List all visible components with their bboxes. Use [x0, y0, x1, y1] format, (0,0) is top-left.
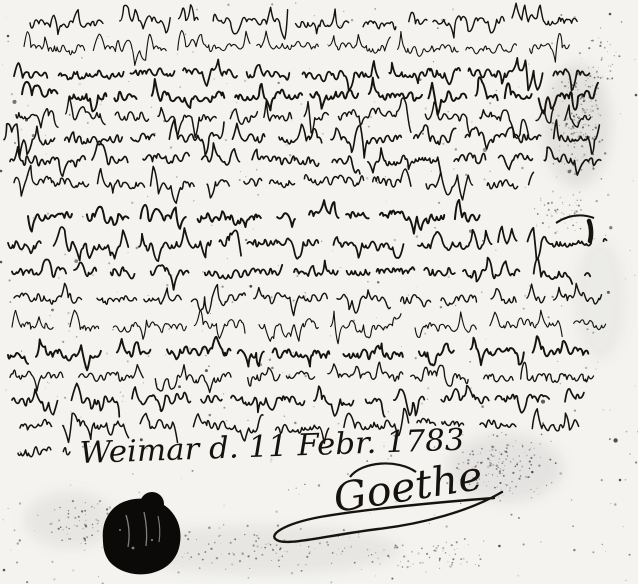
- scan-speck: [98, 576, 99, 577]
- scan-speck: [340, 25, 342, 27]
- scan-speck: [546, 485, 547, 486]
- scan-speck: [374, 101, 375, 102]
- scan-speck: [54, 509, 55, 510]
- scan-speck: [391, 578, 393, 580]
- scan-speck: [466, 561, 467, 562]
- scan-speck: [590, 86, 591, 87]
- scan-speck: [603, 409, 604, 410]
- scan-speck: [284, 551, 285, 552]
- scan-speck: [574, 146, 575, 147]
- scan-speck: [218, 535, 220, 537]
- scan-speck: [64, 253, 66, 255]
- manuscript-scan-image: Weimar d. 11 Febr. 1783 Goethe: [0, 0, 638, 584]
- scan-speck: [310, 551, 311, 552]
- scan-speck: [605, 551, 606, 552]
- scan-speck: [84, 540, 86, 542]
- scan-speck: [237, 291, 238, 292]
- scan-speck: [581, 104, 583, 106]
- scan-speck: [559, 146, 560, 147]
- scan-speck: [280, 547, 282, 549]
- scan-speck: [286, 144, 288, 146]
- scan-speck: [120, 392, 121, 393]
- scan-speck: [129, 183, 130, 184]
- scan-speck: [505, 458, 507, 460]
- scan-speck: [582, 112, 583, 113]
- scan-speck: [226, 83, 227, 84]
- scan-speck: [332, 531, 333, 532]
- scan-speck: [268, 543, 269, 544]
- scan-speck: [247, 420, 249, 422]
- scan-speck: [552, 122, 554, 124]
- scan-speck: [517, 159, 518, 160]
- scan-speck: [455, 305, 457, 307]
- scan-speck: [491, 448, 493, 450]
- scan-speck: [619, 479, 622, 482]
- scan-speck: [575, 230, 576, 231]
- scan-speck: [84, 549, 86, 551]
- scan-speck: [608, 66, 609, 67]
- scan-speck: [595, 94, 596, 95]
- scan-speck: [85, 543, 86, 544]
- scan-speck: [424, 332, 426, 334]
- scan-speck: [566, 170, 567, 171]
- scan-speck: [351, 19, 354, 22]
- scan-speck: [301, 103, 303, 105]
- scan-speck: [488, 481, 489, 482]
- scan-speck: [407, 560, 409, 562]
- scan-speck: [538, 494, 539, 495]
- scan-speck: [109, 506, 111, 508]
- scan-speck: [451, 564, 452, 565]
- scan-speck: [62, 529, 63, 530]
- scan-speck: [92, 274, 94, 276]
- scan-speck: [9, 279, 11, 281]
- scan-speck: [463, 558, 465, 560]
- scan-speck: [445, 525, 447, 527]
- scan-speck: [99, 500, 101, 502]
- scan-speck: [421, 402, 423, 404]
- scan-speck: [601, 59, 603, 61]
- scan-speck: [188, 531, 190, 533]
- scan-speck: [240, 171, 241, 172]
- scan-speck: [429, 557, 430, 558]
- scan-speck: [623, 526, 624, 527]
- scan-speck: [426, 553, 428, 555]
- scan-speck: [559, 150, 560, 151]
- scan-speck: [559, 197, 561, 199]
- scan-speck: [605, 235, 606, 236]
- scan-speck: [53, 578, 55, 580]
- scan-speck: [442, 547, 444, 549]
- scan-speck: [58, 277, 60, 279]
- scan-speck: [439, 568, 440, 569]
- scan-speck: [106, 508, 108, 510]
- scan-speck: [3, 569, 6, 572]
- scan-speck: [570, 128, 572, 130]
- scan-speck: [186, 535, 187, 536]
- scan-speck: [571, 112, 573, 114]
- scan-speck: [598, 67, 599, 68]
- scan-speck: [530, 464, 532, 466]
- scan-speck: [377, 182, 379, 184]
- scan-speck: [481, 291, 483, 293]
- scan-speck: [555, 210, 557, 212]
- scan-speck: [542, 222, 544, 224]
- scan-speck: [539, 443, 541, 445]
- scan-speck: [85, 520, 87, 522]
- scan-speck: [563, 213, 565, 215]
- scan-speck: [327, 44, 328, 45]
- scan-speck: [583, 154, 584, 155]
- scan-speck: [288, 489, 289, 490]
- scan-speck: [83, 528, 84, 529]
- scan-speck: [595, 100, 597, 102]
- scan-speck: [97, 530, 99, 532]
- scan-speck: [202, 271, 204, 273]
- scan-speck: [499, 452, 500, 453]
- scan-speck: [468, 544, 469, 545]
- scan-speck: [208, 365, 210, 367]
- scan-speck: [76, 525, 78, 527]
- scan-speck: [112, 329, 113, 330]
- scan-speck: [525, 187, 526, 188]
- scan-speck: [84, 510, 86, 512]
- scan-speck: [230, 542, 232, 544]
- scan-speck: [601, 57, 603, 59]
- scan-speck: [232, 301, 234, 303]
- scan-speck: [377, 558, 379, 560]
- scan-speck: [610, 409, 611, 410]
- scan-speck: [108, 262, 110, 264]
- scan-speck: [497, 436, 498, 437]
- scan-speck: [37, 515, 38, 516]
- scan-speck: [491, 463, 492, 464]
- scan-speck: [372, 561, 374, 563]
- scan-speck: [504, 465, 505, 466]
- scan-speck: [225, 139, 227, 141]
- scan-speck: [196, 9, 198, 11]
- scan-speck: [249, 555, 250, 556]
- scan-speck: [569, 169, 570, 170]
- scan-speck: [573, 135, 574, 136]
- scan-speck: [361, 569, 362, 570]
- scan-speck: [379, 563, 380, 564]
- scan-speck: [581, 58, 582, 59]
- scan-speck: [332, 552, 334, 554]
- scan-speck: [592, 85, 593, 86]
- scan-speck: [533, 491, 535, 493]
- scan-speck: [411, 551, 413, 553]
- scan-speck: [634, 385, 635, 386]
- scan-speck: [531, 442, 532, 443]
- scan-speck: [540, 457, 541, 458]
- scan-speck: [520, 475, 521, 476]
- scan-speck: [178, 385, 181, 388]
- scan-speck: [377, 281, 379, 283]
- scan-speck: [592, 40, 594, 42]
- scan-speck: [305, 564, 306, 565]
- scan-speck: [489, 450, 490, 451]
- scan-speck: [271, 3, 273, 5]
- scan-speck: [196, 539, 197, 540]
- smudge-top-right: [543, 63, 611, 187]
- scan-speck: [601, 479, 603, 481]
- scan-speck: [282, 372, 283, 373]
- scan-speck: [592, 137, 594, 139]
- scan-speck: [300, 119, 301, 120]
- scan-speck: [507, 484, 508, 485]
- scan-speck: [258, 537, 260, 539]
- scan-speck: [591, 106, 592, 107]
- scan-speck: [510, 502, 511, 503]
- scan-speck: [568, 82, 569, 83]
- scan-speck: [244, 80, 246, 82]
- scan-speck: [272, 548, 273, 549]
- scan-speck: [354, 562, 356, 564]
- scan-speck: [275, 511, 277, 513]
- scan-speck: [596, 71, 598, 73]
- scan-speck: [572, 525, 574, 527]
- scan-speck: [402, 566, 404, 568]
- scan-speck: [607, 194, 610, 197]
- scan-speck: [590, 109, 591, 110]
- scan-speck: [634, 275, 635, 276]
- scan-speck: [275, 553, 276, 554]
- scan-speck: [540, 198, 541, 199]
- scan-speck: [489, 464, 491, 466]
- scan-speck: [562, 202, 563, 203]
- scan-speck: [434, 227, 436, 229]
- scan-speck: [574, 127, 576, 129]
- scan-speck: [614, 55, 615, 56]
- scan-speck: [394, 239, 397, 242]
- scan-speck: [554, 232, 556, 234]
- scan-speck: [635, 461, 637, 463]
- scan-speck: [576, 114, 578, 116]
- scan-speck: [226, 420, 227, 421]
- scan-speck: [190, 556, 192, 558]
- scan-speck: [62, 341, 64, 343]
- scan-speck: [449, 565, 450, 566]
- scan-speck: [475, 564, 476, 565]
- scan-speck: [620, 113, 621, 114]
- scan-speck: [143, 382, 144, 383]
- scan-speck: [367, 549, 369, 551]
- scan-speck: [452, 8, 454, 10]
- scan-speck: [519, 455, 520, 456]
- scan-speck: [388, 411, 389, 412]
- scan-speck: [583, 146, 584, 147]
- scan-speck: [252, 544, 254, 546]
- scan-speck: [451, 563, 452, 564]
- scan-speck: [60, 526, 62, 528]
- scan-speck: [421, 548, 423, 550]
- scan-speck: [47, 213, 49, 215]
- scan-speck: [319, 542, 321, 544]
- scan-speck: [511, 481, 512, 482]
- scan-speck: [305, 292, 306, 293]
- scan-speck: [581, 156, 582, 157]
- scan-speck: [330, 581, 332, 583]
- scan-speck: [95, 519, 97, 521]
- scan-speck: [403, 555, 405, 557]
- scan-speck: [575, 85, 576, 86]
- scan-speck: [590, 111, 591, 112]
- seal-highlight-dot: [119, 529, 121, 531]
- scan-speck: [526, 455, 528, 457]
- scan-speck: [573, 549, 575, 551]
- scan-speck: [625, 580, 627, 582]
- scan-speck: [231, 563, 233, 565]
- scan-speck: [422, 133, 424, 135]
- scan-speck: [471, 121, 472, 122]
- scan-speck: [239, 179, 241, 181]
- scan-speck: [85, 514, 86, 515]
- scan-speck: [82, 216, 84, 218]
- scan-speck: [10, 301, 12, 303]
- scan-speck: [531, 471, 533, 473]
- scan-speck: [395, 544, 397, 546]
- scan-speck: [249, 285, 252, 288]
- scan-speck: [540, 200, 541, 201]
- scan-speck: [469, 361, 471, 363]
- scan-speck: [219, 527, 221, 529]
- scan-speck: [635, 94, 638, 97]
- scan-speck: [309, 552, 311, 554]
- scan-speck: [524, 294, 526, 296]
- scan-speck: [510, 514, 512, 516]
- scan-speck: [276, 544, 278, 546]
- scan-speck: [264, 547, 266, 549]
- scan-speck: [586, 141, 587, 142]
- scan-speck: [97, 523, 98, 524]
- scan-speck: [581, 145, 583, 147]
- scan-speck: [66, 526, 68, 528]
- scan-speck: [487, 466, 489, 468]
- scan-speck: [47, 382, 48, 383]
- scan-speck: [568, 113, 569, 114]
- scan-speck: [498, 467, 499, 468]
- scan-speck: [579, 52, 581, 54]
- scan-speck: [501, 462, 503, 464]
- scan-speck: [523, 308, 525, 310]
- scan-speck: [494, 455, 495, 456]
- scan-speck: [433, 550, 435, 552]
- scan-speck: [256, 535, 258, 537]
- scan-speck: [295, 2, 296, 3]
- scan-speck: [504, 469, 505, 470]
- scan-speck: [314, 548, 315, 549]
- scan-speck: [255, 557, 257, 559]
- scan-speck: [585, 124, 586, 125]
- scan-speck: [590, 101, 591, 102]
- scan-speck: [205, 369, 208, 372]
- scan-speck: [580, 131, 582, 133]
- scan-speck: [177, 54, 178, 55]
- scan-speck: [192, 51, 194, 53]
- scan-speck: [106, 352, 108, 354]
- scan-speck: [492, 464, 494, 466]
- scan-speck: [20, 129, 22, 131]
- scan-speck: [595, 124, 596, 125]
- scan-speck: [571, 210, 572, 211]
- scan-speck: [221, 286, 223, 288]
- scan-speck: [202, 559, 204, 561]
- scan-speck: [438, 545, 439, 546]
- scan-speck: [408, 295, 409, 296]
- scan-speck: [375, 552, 376, 553]
- scan-speck: [579, 116, 580, 117]
- scan-speck: [384, 119, 385, 120]
- scan-speck: [442, 143, 444, 145]
- scan-speck: [519, 470, 520, 471]
- scan-speck: [21, 350, 22, 351]
- scan-speck: [548, 226, 549, 227]
- scan-speck: [574, 94, 575, 95]
- scan-speck: [551, 441, 552, 442]
- scan-speck: [452, 562, 454, 564]
- scan-speck: [277, 524, 279, 526]
- scan-speck: [388, 309, 389, 310]
- scan-speck: [501, 489, 502, 490]
- scan-speck: [223, 393, 224, 394]
- scan-speck: [275, 238, 276, 239]
- scan-speck: [576, 204, 577, 205]
- scan-speck: [227, 4, 229, 6]
- scan-speck: [7, 35, 10, 38]
- scan-speck: [492, 456, 493, 457]
- scan-speck: [308, 546, 310, 548]
- scan-speck: [279, 566, 280, 567]
- scan-speck: [557, 209, 559, 211]
- scan-speck: [46, 153, 47, 154]
- scan-speck: [589, 114, 591, 116]
- scan-speck: [78, 516, 80, 518]
- scan-speck: [192, 305, 193, 306]
- scan-speck: [253, 228, 254, 229]
- scan-speck: [556, 231, 557, 232]
- scan-speck: [67, 312, 69, 314]
- scan-speck: [480, 558, 482, 560]
- scan-speck: [506, 485, 507, 486]
- scan-speck: [331, 563, 332, 564]
- scan-speck: [480, 453, 481, 454]
- scan-speck: [499, 500, 501, 502]
- scan-speck: [598, 37, 599, 38]
- scan-speck: [594, 106, 595, 107]
- scan-speck: [138, 491, 140, 493]
- scan-speck: [551, 129, 553, 131]
- scan-speck: [559, 472, 562, 475]
- scan-speck: [291, 572, 293, 574]
- scan-speck: [296, 275, 298, 277]
- scan-speck: [503, 475, 505, 477]
- scan-speck: [101, 100, 102, 101]
- scan-speck: [472, 450, 474, 452]
- scan-speck: [185, 33, 186, 34]
- scan-speck: [410, 566, 411, 567]
- scan-speck: [128, 81, 129, 82]
- scan-speck: [455, 554, 456, 555]
- scan-speck: [181, 478, 182, 479]
- scan-speck: [582, 108, 584, 110]
- scan-speck: [332, 250, 333, 251]
- scan-speck: [375, 575, 376, 576]
- scan-speck: [571, 153, 573, 155]
- scan-speck: [537, 488, 538, 489]
- scan-speck: [594, 77, 596, 79]
- scan-speck: [571, 499, 573, 501]
